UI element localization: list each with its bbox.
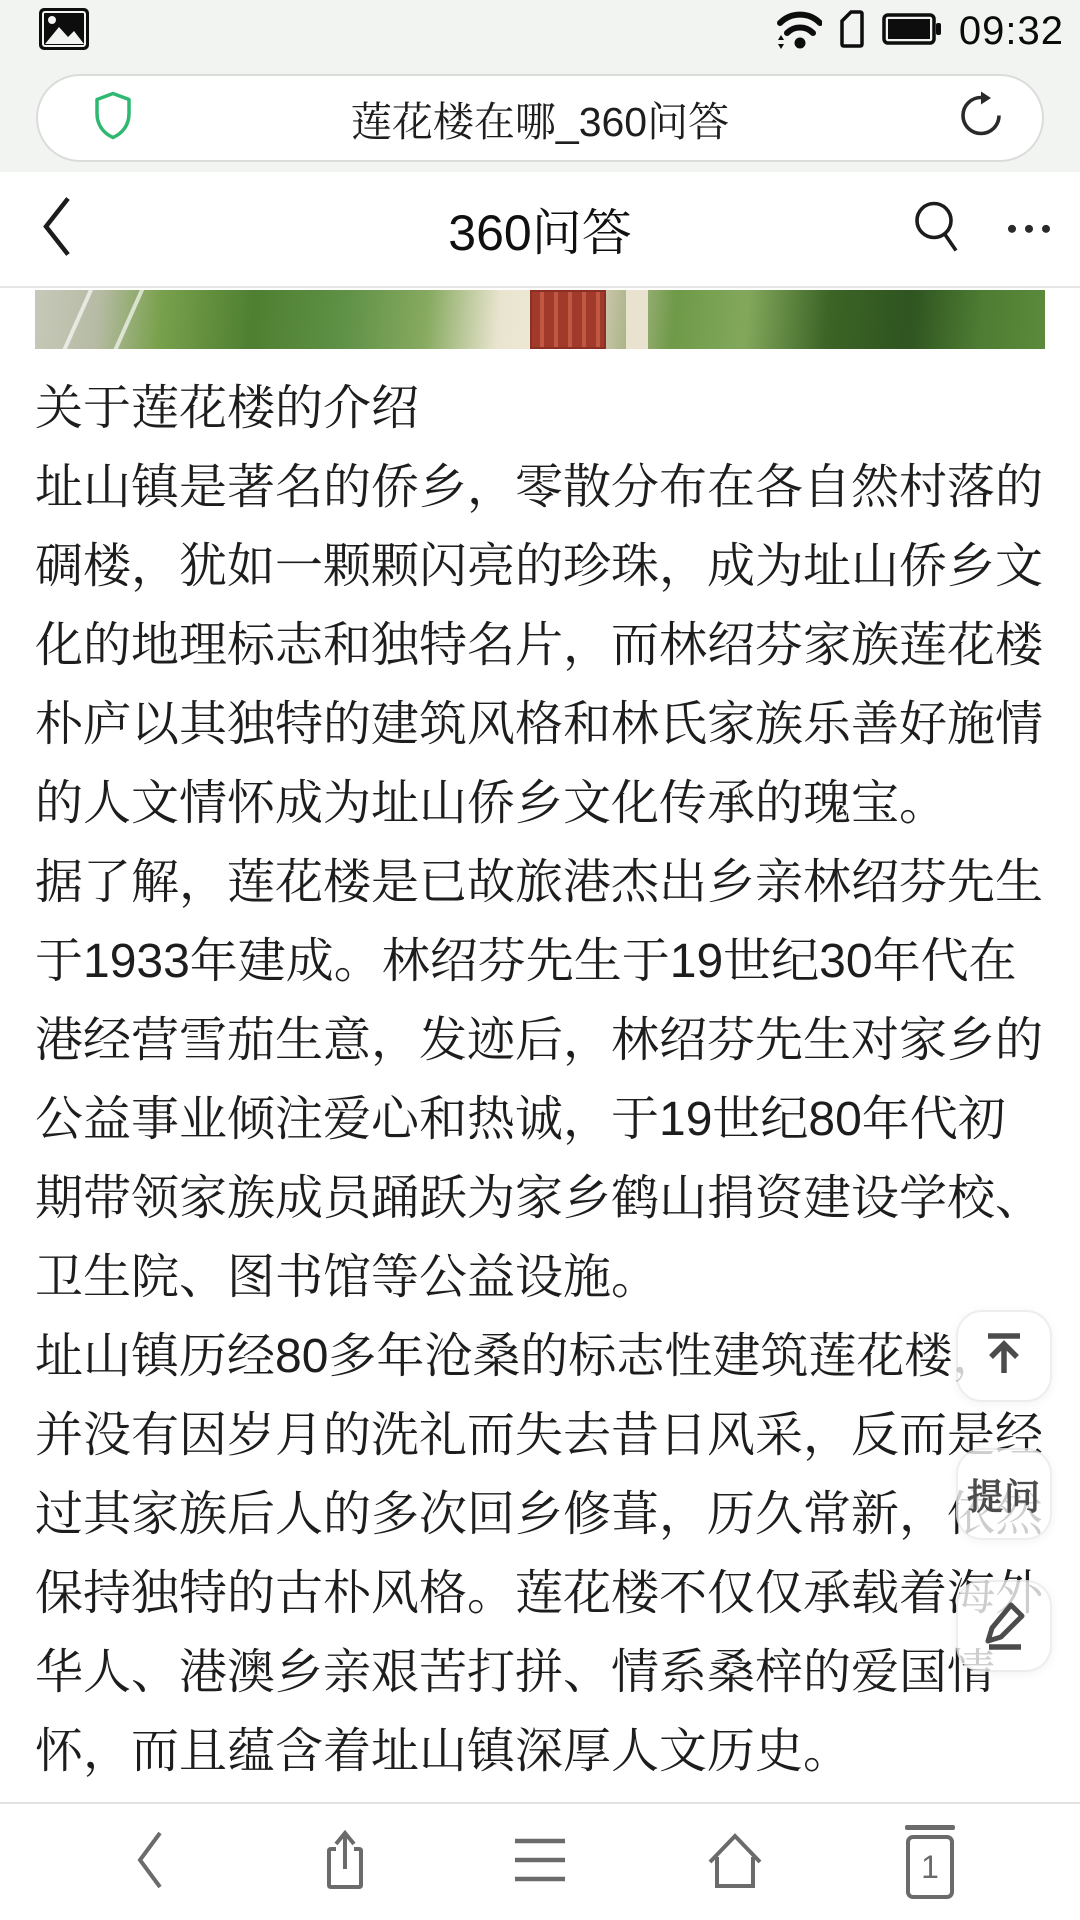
- tab-count: 1: [906, 1835, 954, 1899]
- battery-icon: [882, 12, 942, 51]
- tabs-icon-bar: [905, 1825, 955, 1830]
- page: { "status_bar": { "time": "09:32", "icon…: [0, 0, 1080, 1920]
- nav-back-button[interactable]: [108, 1820, 192, 1904]
- scroll-to-top-button[interactable]: [956, 1310, 1052, 1402]
- home-icon: [702, 1829, 768, 1896]
- toolbar: 360问答: [0, 172, 1080, 288]
- nav-tabs-button[interactable]: 1: [888, 1820, 972, 1904]
- page-title: 莲花楼在哪_360问答: [351, 89, 729, 148]
- address-bar[interactable]: 莲花楼在哪_360问答: [36, 74, 1044, 162]
- article-heading: 关于莲花楼的介绍: [35, 369, 1045, 448]
- status-bar: 09:32: [0, 0, 1080, 62]
- refresh-icon[interactable]: [956, 91, 1006, 146]
- status-time: 09:32: [959, 9, 1064, 54]
- page-content: 关于莲花楼的介绍 址山镇是著名的侨乡，零散分布在各自然村落的碉楼，犹如一颗颗闪亮…: [0, 290, 1080, 1800]
- shield-icon[interactable]: [92, 91, 134, 146]
- wifi-icon: [774, 6, 822, 57]
- ask-question-label: 提问: [967, 1469, 1041, 1520]
- sim-icon: [839, 9, 865, 54]
- back-icon: [133, 1829, 167, 1896]
- more-icon[interactable]: [1008, 225, 1050, 233]
- photo-icon: [38, 7, 90, 56]
- search-icon[interactable]: [912, 199, 964, 260]
- article-text: 关于莲花楼的介绍 址山镇是著名的侨乡，零散分布在各自然村落的碉楼，犹如一颗颗闪亮…: [35, 369, 1045, 1791]
- ask-question-button[interactable]: 提问: [956, 1448, 1052, 1540]
- red-door: [530, 290, 606, 349]
- article-paragraph: 据了解，莲花楼是已故旅港杰出乡亲林绍芬先生于1933年建成。林绍芬先生于19世纪…: [35, 843, 1045, 1317]
- article-paragraph: 址山镇历经80多年沧桑的标志性建筑莲花楼，并没有因岁月的洗礼而失去昔日风采，反而…: [35, 1317, 1045, 1791]
- menu-icon: [512, 1832, 568, 1893]
- edit-icon: [975, 1595, 1033, 1658]
- nav-menu-button[interactable]: [498, 1820, 582, 1904]
- article-image: [35, 290, 1045, 349]
- article-paragraph: 址山镇是著名的侨乡，零散分布在各自然村落的碉楼，犹如一颗颗闪亮的珍珠，成为址山侨…: [35, 448, 1045, 843]
- scroll-top-icon: [975, 1325, 1033, 1388]
- nav-share-button[interactable]: [303, 1820, 387, 1904]
- bottom-nav: 1: [0, 1802, 1080, 1920]
- nav-home-button[interactable]: [693, 1820, 777, 1904]
- share-icon: [316, 1827, 374, 1898]
- tabs-icon: 1: [905, 1825, 955, 1899]
- edit-button[interactable]: [956, 1580, 1052, 1672]
- url-bar-area: 莲花楼在哪_360问答: [0, 62, 1080, 172]
- white-pillar: [626, 290, 648, 349]
